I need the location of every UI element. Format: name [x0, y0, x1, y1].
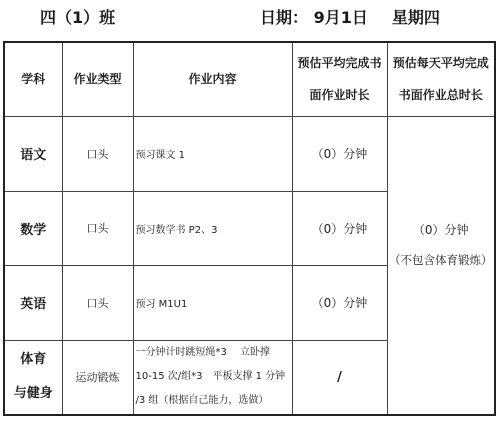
subject-line1: 体育 — [5, 343, 62, 377]
subject-line2: 与健身 — [5, 377, 62, 411]
content-cell: 一分钟计时跳短绳*3 立卧撑 10-15 次/组*3 平板支撑 1 分钟 /3 … — [133, 340, 292, 415]
content-line1: 一分钟计时跳短绳*3 立卧撑 — [136, 341, 292, 365]
content-cell: 预习数学书 P2、3 — [133, 191, 292, 265]
date-label: 日期： 9月1日 — [260, 8, 368, 27]
subject-cell: 体育 与健身 — [4, 340, 62, 415]
total-time-note: （不包含体育锻炼） — [388, 245, 495, 275]
col-header-est-time-line2: 面作业时长 — [293, 79, 387, 111]
time-cell: （0）分钟 — [292, 265, 387, 340]
time-cell: （0）分钟 — [292, 191, 387, 265]
col-header-content: 作业内容 — [133, 42, 292, 116]
homework-table: 学科 作业类型 作业内容 预估平均完成书 面作业时长 预估每天平均完成 书面作业… — [3, 41, 496, 416]
date-header: 日期： 9月1日星期四 — [260, 5, 440, 28]
type-cell: 运动锻炼 — [62, 340, 133, 415]
col-header-est-time: 预估平均完成书 面作业时长 — [292, 42, 387, 116]
total-time-value: （0）分钟 — [388, 215, 495, 245]
content-line3: /3 组（根据自己能力，选做） — [136, 389, 292, 413]
type-cell: 口头 — [62, 191, 133, 265]
content-cell: 预习 M1U1 — [133, 265, 292, 340]
col-header-total-time: 预估每天平均完成 书面作业总时长 — [387, 42, 495, 116]
col-header-total-time-line1: 预估每天平均完成 — [388, 47, 495, 79]
table-row: 语文 口头 预习课文 1 （0）分钟 （0）分钟 （不包含体育锻炼） — [4, 116, 495, 191]
header-row: 学科 作业类型 作业内容 预估平均完成书 面作业时长 预估每天平均完成 书面作业… — [4, 42, 495, 116]
time-cell: （0）分钟 — [292, 116, 387, 191]
subject-cell: 英语 — [4, 265, 62, 340]
type-cell: 口头 — [62, 265, 133, 340]
subject-cell: 数学 — [4, 191, 62, 265]
col-header-subject: 学科 — [4, 42, 62, 116]
content-line2: 10-15 次/组*3 平板支撑 1 分钟 — [136, 365, 292, 389]
col-header-total-time-line2: 书面作业总时长 — [388, 79, 495, 111]
subject-cell: 语文 — [4, 116, 62, 191]
weekday-label: 星期四 — [392, 8, 440, 27]
time-cell: / — [292, 340, 387, 415]
col-header-est-time-line1: 预估平均完成书 — [293, 47, 387, 79]
content-cell: 预习课文 1 — [133, 116, 292, 191]
total-time-cell: （0）分钟 （不包含体育锻炼） — [387, 116, 495, 415]
col-header-type: 作业类型 — [62, 42, 133, 116]
class-label: 四（1）班 — [40, 5, 115, 28]
type-cell: 口头 — [62, 116, 133, 191]
